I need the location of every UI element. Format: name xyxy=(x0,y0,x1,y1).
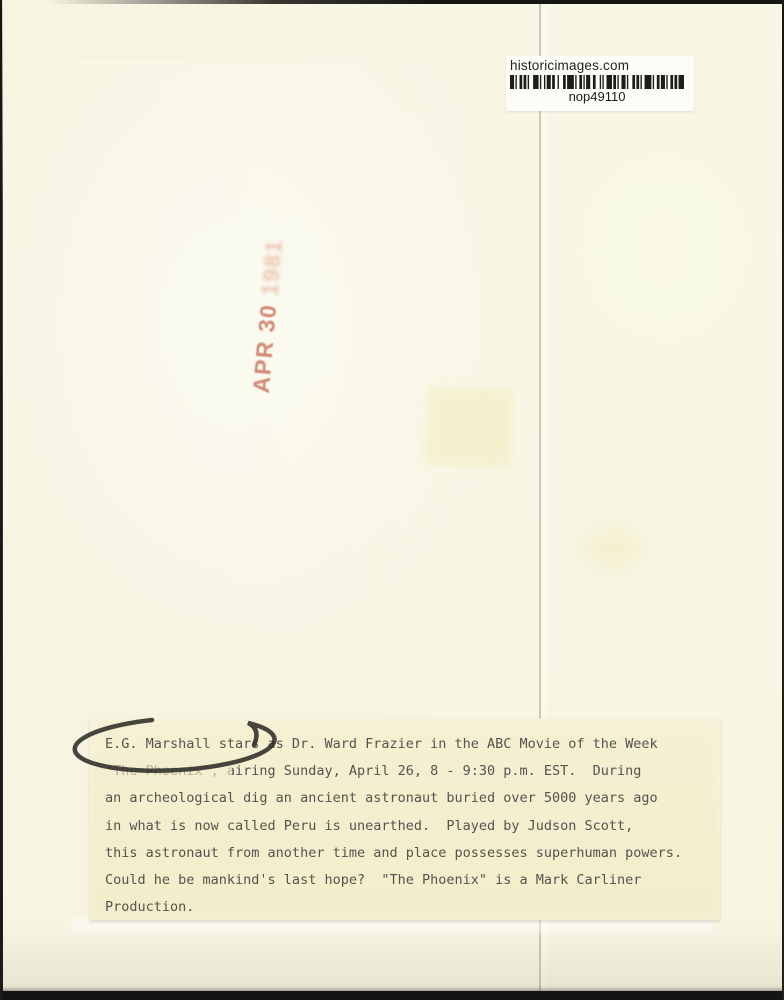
photo-paper: historicimages.com nop49110 APR 30 1981 … xyxy=(2,0,782,991)
faint-stain xyxy=(568,515,658,581)
scan-border-bottom xyxy=(0,991,784,1000)
caption-line: this astronaut from another time and pla… xyxy=(105,840,682,867)
scan-border-left xyxy=(0,0,3,1000)
tape-residue-stain xyxy=(425,387,514,468)
barcode-icon xyxy=(510,75,684,89)
caption-line: in what is now called Peru is unearthed.… xyxy=(105,813,682,840)
date-stamp: APR 30 1981 xyxy=(248,238,288,394)
caption-line: Could he be mankind's last hope? "The Ph… xyxy=(105,867,682,894)
bottom-shadow xyxy=(2,925,782,991)
caption-text-block: E.G. Marshall stars as Dr. Ward Frazier … xyxy=(105,731,682,921)
scanned-photo-back: historicimages.com nop49110 APR 30 1981 … xyxy=(0,0,784,1000)
date-stamp-month-day: APR 30 xyxy=(248,295,282,394)
caption-line: Production. xyxy=(105,894,682,921)
caption-line: an archeological dig an ancient astronau… xyxy=(105,785,682,812)
scan-border-top xyxy=(0,0,784,4)
caption-line: E.G. Marshall stars as Dr. Ward Frazier … xyxy=(105,731,682,758)
caption-line: "The Phoenix", airing Sunday, April 26, … xyxy=(105,758,682,785)
date-stamp-year: 1981 xyxy=(256,238,287,297)
label-website-text: historicimages.com xyxy=(510,57,629,74)
barcode-label: historicimages.com nop49110 xyxy=(506,56,694,111)
label-code-text: nop49110 xyxy=(510,89,684,104)
